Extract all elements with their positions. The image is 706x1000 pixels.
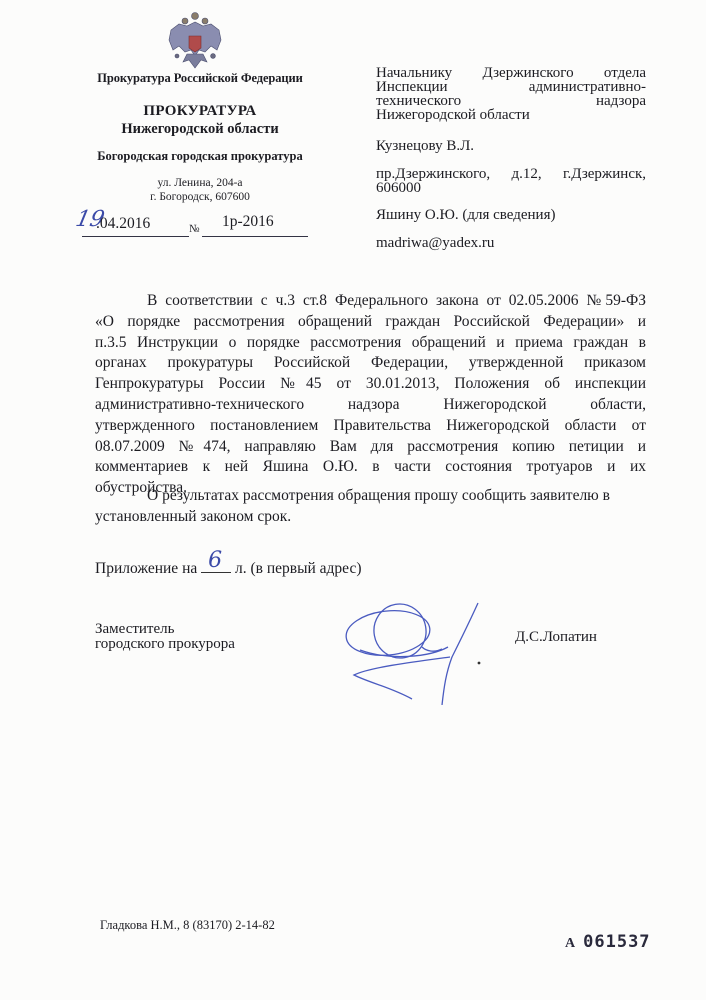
signer-role: Заместитель городского прокурора: [95, 622, 235, 652]
attachment-pages-handwritten: 6: [208, 548, 222, 573]
body-line: О результатах рассмотрения обращения про…: [95, 486, 646, 507]
date-printed: .04.2016: [96, 215, 150, 233]
addressee-email: madriwa@yadex.ru: [376, 236, 646, 250]
addressee-title: Начальнику Дзержинского отдела Инспекции…: [376, 66, 646, 122]
body-line: «О порядке рассмотрения обращений гражда…: [95, 312, 646, 333]
number-label: №: [189, 223, 200, 235]
body-line: 08.07.2009 №474, направляю Вам для рассм…: [95, 437, 646, 458]
emblem-icon: [165, 10, 225, 72]
addressee-line: технического надзора: [376, 94, 646, 108]
signer-name: Д.С.Лопатин: [515, 629, 597, 646]
body-line: комментариев к ней Яшина О.Ю. в части со…: [95, 457, 646, 478]
addressee-street: пр.Дзержинского, д.12, г.Дзержинск, 6060…: [376, 167, 646, 195]
body-paragraph-2: О результатах рассмотрения обращения про…: [95, 486, 646, 528]
addressee-cc: Яшину О.Ю. (для сведения): [376, 208, 646, 222]
letterhead-address-street: ул. Ленина, 204-а: [70, 177, 330, 189]
attachment-note: Приложение на 6 л. (в первый адрес): [95, 556, 362, 578]
handwritten-signature-icon: [330, 595, 510, 705]
letterhead-title: ПРОКУРАТУРА: [70, 103, 330, 120]
letterhead-region: Нижегородской области: [70, 121, 330, 138]
body-line: В соответствии с ч.3 ст.8 Федерального з…: [95, 291, 646, 312]
body-line: Генпрокуратуры России №45 от 30.01.2013,…: [95, 374, 646, 395]
body-line: п.3.5 Инструкции о порядке рассмотрения …: [95, 333, 646, 354]
letterhead-federation: Прокуратура Российской Федерации: [70, 71, 330, 86]
body-line: органах прокуратуры Российской Федерации…: [95, 353, 646, 374]
addressee-line: Инспекции административно-: [376, 80, 646, 94]
addressee-name: Кузнецову В.Л.: [376, 139, 646, 153]
addressee-line: Начальнику Дзержинского отдела: [376, 66, 646, 80]
body-line: утвержденного постановлением Правительст…: [95, 416, 646, 437]
document-number: 1р-2016: [222, 213, 274, 231]
footer-contact: Гладкова Н.М., 8 (83170) 2-14-82: [100, 918, 275, 933]
attachment-pages-blank: 6: [201, 556, 231, 573]
letterhead-office: Богородская городская прокуратура: [70, 149, 330, 164]
body-line: установленный законом срок.: [95, 507, 646, 528]
body-line: административно-технического надзора Ниж…: [95, 395, 646, 416]
body-paragraph-1: В соответствии с ч.3 ст.8 Федерального з…: [95, 291, 646, 499]
form-serial-number: А061537: [565, 932, 651, 952]
letterhead-address-city: г. Богородск, 607600: [70, 191, 330, 203]
addressee-line: Нижегородской области: [376, 108, 646, 122]
